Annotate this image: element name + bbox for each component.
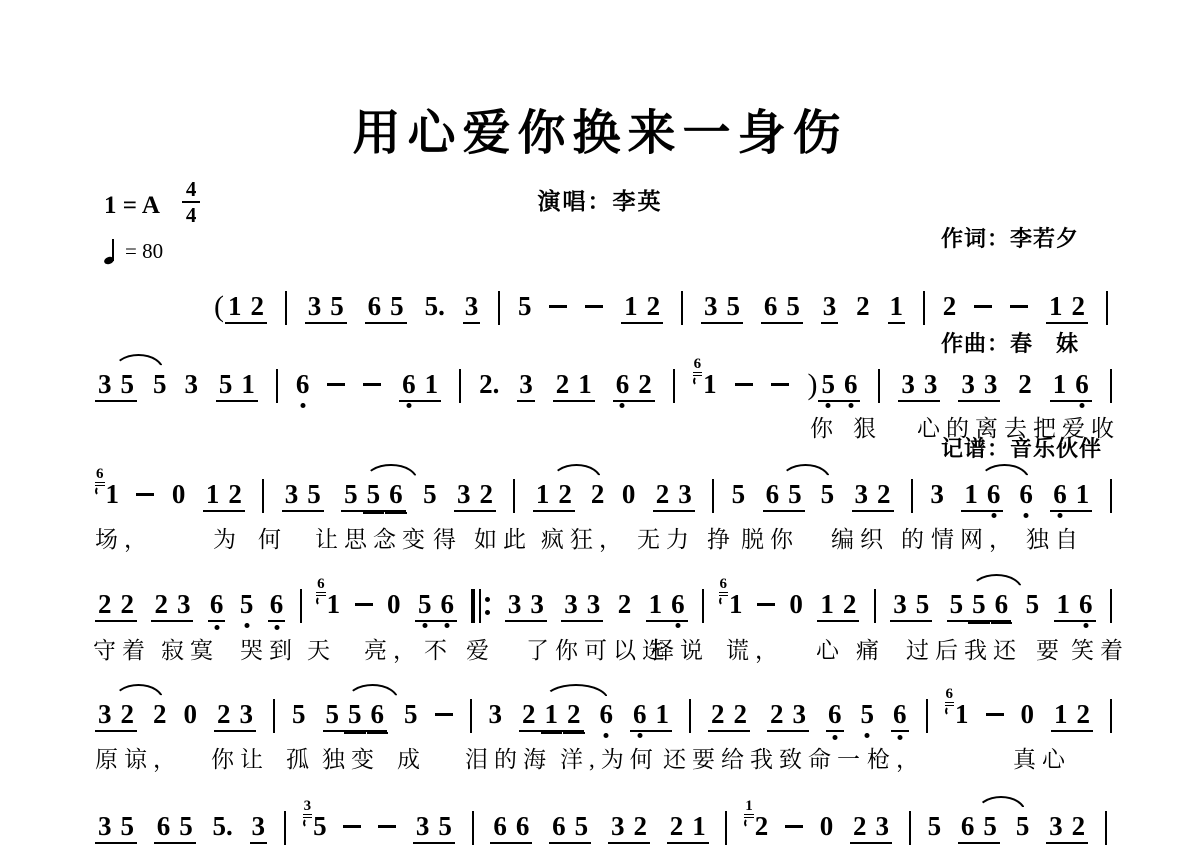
- note: 5.: [213, 812, 233, 840]
- beam-group: 65: [761, 292, 803, 324]
- beam-group: 35: [305, 292, 347, 324]
- grace-digit: 3: [303, 799, 313, 818]
- beam-group: 62: [613, 370, 655, 402]
- lyric-syllable: 何: [258, 521, 287, 554]
- barline: [923, 291, 925, 325]
- lyric-syllable: 泪的海: [465, 741, 552, 774]
- key-text: 1 = A: [104, 192, 160, 220]
- lyric-syllable: 心的离去把: [917, 410, 1062, 443]
- note: 2: [558, 480, 572, 508]
- note: 5: [1016, 812, 1030, 840]
- lyric-syllable: 为: [213, 521, 242, 554]
- lyric-syllable: 枪，: [867, 741, 925, 774]
- lyric-syllable: 你让: [211, 741, 269, 774]
- note: 1: [228, 292, 242, 320]
- lyric-syllable: 心: [816, 632, 845, 665]
- beam-group: 35: [95, 812, 137, 844]
- note: 3: [930, 480, 944, 508]
- beam-group: 66: [490, 812, 532, 844]
- beam-group: 23: [850, 812, 892, 844]
- note: 3: [961, 370, 975, 398]
- note: 6: [844, 370, 858, 398]
- beam-group: 65: [549, 812, 591, 844]
- duration-dash: [355, 603, 373, 606]
- beam-group: 33: [898, 370, 940, 402]
- beam-group: 16: [961, 480, 1003, 512]
- music-line: 322023555653212661222365661012: [95, 700, 1112, 733]
- tie-group: 322: [95, 700, 167, 732]
- note: 0: [622, 480, 636, 508]
- lyric-syllable: 情网，: [931, 521, 1018, 554]
- note: 3: [587, 590, 601, 618]
- note: 3: [564, 590, 578, 618]
- paren-note-group: (12: [213, 292, 267, 324]
- beam-group: 32: [608, 812, 650, 844]
- lyric-syllable: 还要给我致命一: [663, 741, 866, 774]
- note: 2: [153, 700, 167, 728]
- duration-dash: [327, 383, 345, 386]
- note: 5: [788, 480, 802, 508]
- note: 6: [440, 590, 454, 618]
- repeat-thin-bar: [479, 589, 481, 623]
- lyric-syllable: 独变: [322, 741, 380, 774]
- note: 3: [98, 700, 112, 728]
- lyric-syllable: 无力: [637, 521, 695, 554]
- note: 6: [633, 700, 647, 728]
- note: 3: [924, 370, 938, 398]
- beam-group: 35: [701, 292, 743, 324]
- note: 5: [292, 700, 306, 728]
- note: 2: [943, 292, 957, 320]
- note: 5: [438, 812, 452, 840]
- beam-group: 22: [95, 590, 137, 622]
- note: 5: [179, 812, 193, 840]
- beam-group: 23: [653, 480, 695, 512]
- note: 5: [367, 480, 381, 508]
- lyric-syllable: 成: [397, 741, 426, 774]
- duration-dash: [549, 305, 567, 308]
- note: 5: [575, 812, 589, 840]
- note: 2: [1071, 292, 1085, 320]
- barline: [878, 369, 880, 403]
- note: 5: [121, 370, 135, 398]
- parenthesis: (: [214, 292, 224, 322]
- beam-group: 65: [154, 812, 196, 844]
- note: 3: [1049, 812, 1063, 840]
- note: 1: [888, 292, 906, 324]
- beam-group: 32: [454, 480, 496, 512]
- note: 3: [285, 480, 299, 508]
- lyric-syllable: 场，: [95, 521, 153, 554]
- tie-group: 2126: [519, 700, 613, 732]
- note: 2: [251, 292, 265, 320]
- note: 3: [530, 590, 544, 618]
- beam-group: 16: [1054, 590, 1096, 622]
- key-signature: 1 = A 4 4: [104, 186, 200, 226]
- lyric-syllable: 独自: [1026, 521, 1084, 554]
- lyric-syllable: 真心: [1013, 741, 1071, 774]
- grace-digit: 6: [719, 577, 729, 596]
- lyric-syllable: 过后我还: [906, 632, 1022, 665]
- note: 2: [98, 590, 112, 618]
- beam-group: 556: [947, 590, 1012, 622]
- note: 2: [1077, 700, 1091, 728]
- lyric-syllable: 孤: [286, 741, 315, 774]
- beam-group: 12: [817, 590, 859, 622]
- note: 6: [766, 480, 780, 508]
- lyric-syllable: 原谅，: [95, 741, 182, 774]
- note: 6: [891, 700, 909, 732]
- barline: [273, 699, 275, 733]
- beam-group: 61: [1050, 480, 1092, 512]
- repeat-dot: [485, 610, 490, 615]
- barline: [681, 291, 683, 325]
- note: 3: [98, 370, 112, 398]
- lyric-syllable: 你: [810, 410, 839, 443]
- note: 5: [418, 590, 432, 618]
- grace-slur-icon: [744, 818, 753, 828]
- note: 0: [1021, 700, 1035, 728]
- lyric-syllable: 谎，: [726, 632, 784, 665]
- note: 5: [861, 700, 875, 728]
- note: 6: [371, 700, 385, 728]
- note: 2: [228, 480, 242, 508]
- barline: [1110, 589, 1112, 623]
- note: 3: [240, 700, 254, 728]
- grace-note-group: 61: [693, 370, 717, 399]
- duration-dash: [363, 383, 381, 386]
- note: 5.: [425, 292, 445, 320]
- note: 5: [983, 812, 997, 840]
- tempo-marking: = 80: [104, 237, 163, 264]
- note: 2: [121, 590, 135, 618]
- lyric-syllable: 狠: [853, 410, 882, 443]
- barline: [1110, 369, 1112, 403]
- barline: [285, 291, 287, 325]
- note: 5: [219, 370, 233, 398]
- note: 1: [536, 480, 550, 508]
- note: 0: [820, 812, 834, 840]
- note: 3: [793, 700, 807, 728]
- lyric-syllable: 要: [1036, 632, 1065, 665]
- beam-group: 33: [958, 370, 1000, 402]
- note: 6: [600, 700, 614, 728]
- lyric-syllable: 爱: [466, 632, 495, 665]
- lyric-syllable: 的: [901, 521, 930, 554]
- duration-dash: [1010, 305, 1028, 308]
- duration-dash: [785, 825, 803, 828]
- beam-group: 33: [561, 590, 603, 622]
- repeat-dot: [485, 597, 490, 602]
- barline: [926, 699, 928, 733]
- note: 5: [240, 590, 254, 618]
- grace-digit: 6: [693, 357, 703, 376]
- note: 5: [344, 480, 358, 508]
- note: 3: [416, 812, 430, 840]
- beam-group: 35: [890, 590, 932, 622]
- grace-digit: 6: [316, 577, 326, 596]
- beam-group: 35: [95, 370, 137, 402]
- tempo-value: = 80: [125, 239, 163, 264]
- quarter-note-icon: [104, 237, 118, 264]
- note: 3: [893, 590, 907, 618]
- lyric-syllable: 洋,为何: [560, 741, 659, 774]
- grace-note: 6: [945, 687, 955, 716]
- repeat-start-barline: [471, 589, 490, 623]
- duration-dash: [771, 383, 789, 386]
- lyric-syllable: 让思念变: [315, 521, 431, 554]
- note: 3: [177, 590, 191, 618]
- note: 3: [704, 292, 718, 320]
- repeat-thick-bar: [471, 589, 475, 623]
- note: 1: [729, 590, 743, 618]
- tie-group: 655: [958, 812, 1030, 844]
- note: 2: [638, 370, 652, 398]
- note: 1: [1053, 370, 1067, 398]
- music-line: 22236566105633332166101235556516: [95, 590, 1112, 623]
- note: 6: [995, 590, 1009, 618]
- note: 2: [154, 590, 168, 618]
- note: 1: [578, 370, 592, 398]
- lyric-syllable: 编织: [831, 521, 889, 554]
- barline: [1110, 479, 1112, 513]
- lyric-syllable: 笑着: [1071, 632, 1129, 665]
- beam-group: 65: [365, 292, 407, 324]
- grace-slur-icon: [693, 376, 702, 386]
- tie-group: 166: [961, 480, 1033, 512]
- note: 1: [964, 480, 978, 508]
- note: 2: [853, 812, 867, 840]
- duration-dash: [136, 493, 154, 496]
- note: 5: [972, 590, 986, 618]
- lyric-syllable: 不: [424, 632, 453, 665]
- beam-group: 56: [818, 370, 860, 402]
- grace-slur-icon: [719, 596, 728, 606]
- note: 2: [656, 480, 670, 508]
- music-line: 3553516612.3216261)563333216: [95, 370, 1112, 403]
- note: 6: [493, 812, 507, 840]
- note: 3: [821, 292, 839, 324]
- note: 3: [678, 480, 692, 508]
- note: 2: [1018, 370, 1032, 398]
- note: 3: [855, 480, 869, 508]
- lyric-syllable: 挣: [707, 521, 736, 554]
- note: 3: [463, 292, 481, 324]
- grace-note-group: 35: [303, 812, 327, 841]
- note: 1: [425, 370, 439, 398]
- note: 5: [821, 480, 835, 508]
- note: 1: [820, 590, 834, 618]
- note: 1: [1057, 590, 1071, 618]
- note: 1: [106, 480, 120, 508]
- note: 1: [1054, 700, 1068, 728]
- note: 3: [457, 480, 471, 508]
- grace-slur-icon: [95, 486, 104, 496]
- barline: [300, 589, 302, 623]
- note: 6: [616, 370, 630, 398]
- barline: [702, 589, 704, 623]
- note: 5: [390, 292, 404, 320]
- beam-group: 33: [505, 590, 547, 622]
- beam-group: 35: [282, 480, 324, 512]
- note: 6: [402, 370, 416, 398]
- duration-dash: [435, 713, 453, 716]
- lyric-syllable: 疯狂，: [541, 521, 628, 554]
- note: 5: [518, 292, 532, 320]
- music-line: 6101235556532122023565532316661: [95, 480, 1112, 513]
- note: 5: [950, 590, 964, 618]
- lyric-syllable: 择说: [651, 632, 709, 665]
- note: 2: [591, 480, 605, 508]
- note: 5: [726, 292, 740, 320]
- note: 0: [172, 480, 186, 508]
- note: 2.: [479, 370, 499, 398]
- beam-group: 56: [415, 590, 457, 622]
- composer-credit: 作曲：春 妹: [941, 326, 1102, 361]
- note: 6: [1075, 370, 1089, 398]
- beam-group: 23: [767, 700, 809, 732]
- grace-note-group: 61: [95, 480, 119, 509]
- note: 3: [98, 812, 112, 840]
- note: 5: [307, 480, 321, 508]
- tie-group: 655: [763, 480, 835, 512]
- note: 2: [1072, 812, 1086, 840]
- note: 5: [348, 700, 362, 728]
- note: 6: [516, 812, 530, 840]
- lyric-syllable: 脱你: [741, 521, 799, 554]
- note: 5: [916, 590, 930, 618]
- note: 1: [1049, 292, 1063, 320]
- music-line: 35655.335356665322112023565532: [95, 812, 1107, 845]
- grace-slur-icon: [945, 706, 954, 716]
- grace-digit: 6: [945, 687, 955, 706]
- note: 2: [670, 812, 684, 840]
- note: 3: [611, 812, 625, 840]
- note: 6: [157, 812, 171, 840]
- time-signature-numerator: 4: [182, 178, 201, 203]
- note: 0: [387, 590, 401, 618]
- time-signature-denominator: 4: [186, 203, 197, 226]
- note: 2: [877, 480, 891, 508]
- beam-group: 32: [1046, 812, 1088, 844]
- note: 1: [545, 700, 559, 728]
- barline: [911, 479, 913, 513]
- note: 2: [647, 292, 661, 320]
- note: 1: [206, 480, 220, 508]
- note: 5: [732, 480, 746, 508]
- lyric-syllable: 了你可以选: [526, 632, 671, 665]
- beam-group: 61: [630, 700, 672, 732]
- barline: [513, 479, 515, 513]
- note: 1: [1076, 480, 1090, 508]
- note: 2: [480, 480, 494, 508]
- barline: [725, 811, 727, 845]
- lyrics-row: 场，为何让思念变得如此疯狂，无力挣脱你编织的情网，独自: [0, 521, 1200, 551]
- grace-note: 6: [693, 357, 703, 386]
- note: 1: [624, 292, 638, 320]
- note: 2: [522, 700, 536, 728]
- lyric-syllable: 亮，: [364, 632, 422, 665]
- beam-group: 212: [519, 700, 584, 732]
- beam-group: 35: [413, 812, 455, 844]
- note: 2: [618, 590, 632, 618]
- note: 6: [961, 812, 975, 840]
- lyricist-credit: 作词：李若夕: [941, 221, 1102, 256]
- note: 2: [633, 812, 647, 840]
- duration-dash: [757, 603, 775, 606]
- duration-dash: [986, 713, 1004, 716]
- note: 2: [567, 700, 581, 728]
- note: 6: [764, 292, 778, 320]
- grace-note: 1: [744, 799, 754, 828]
- note: 0: [184, 700, 198, 728]
- grace-digit: 6: [95, 467, 105, 486]
- grace-note: 6: [719, 577, 729, 606]
- note: 3: [876, 812, 890, 840]
- beam-group: 32: [95, 700, 137, 732]
- beam-group: 556: [341, 480, 406, 512]
- note: 6: [208, 590, 226, 622]
- grace-digit: 1: [744, 799, 754, 818]
- tie-group: 122: [533, 480, 605, 512]
- beam-group: 32: [852, 480, 894, 512]
- note: 6: [268, 590, 286, 622]
- beam-group: 21: [667, 812, 709, 844]
- note: 6: [552, 812, 566, 840]
- grace-note: 3: [303, 799, 313, 828]
- note: 2: [217, 700, 231, 728]
- note: 6: [987, 480, 1001, 508]
- note: 1: [955, 700, 969, 728]
- sheet-music-page: 用心爱你换来一身伤 演唱：李英 作词：李若夕 作曲：春 妹 记谱：音乐伙伴 1 …: [0, 0, 1200, 850]
- barline: [470, 699, 472, 733]
- note: 1: [327, 590, 341, 618]
- paren-note-group: )56: [806, 370, 860, 402]
- note: 2: [711, 700, 725, 728]
- barline: [712, 479, 714, 513]
- duration-dash: [735, 383, 753, 386]
- note: 5: [786, 292, 800, 320]
- note: 5: [326, 700, 340, 728]
- lyric-syllable: 天: [307, 632, 336, 665]
- beam-group: 12: [225, 292, 267, 324]
- beam-group: 23: [214, 700, 256, 732]
- grace-note: 6: [316, 577, 326, 606]
- note: 1: [656, 700, 670, 728]
- note: 6: [1019, 480, 1033, 508]
- note: 2: [556, 370, 570, 398]
- beam-group: 16: [646, 590, 688, 622]
- beam-group: 16: [1050, 370, 1092, 402]
- note: 1: [703, 370, 717, 398]
- note: 2: [121, 700, 135, 728]
- beam-group: 21: [553, 370, 595, 402]
- beam-group: 65: [958, 812, 1000, 844]
- note: 3: [508, 590, 522, 618]
- note: 5: [1026, 590, 1040, 618]
- note: 3: [308, 292, 322, 320]
- beam-group: 12: [533, 480, 575, 512]
- beam-group: 22: [708, 700, 750, 732]
- lyric-syllable: 哭到: [240, 632, 298, 665]
- beam-group: 556: [323, 700, 388, 732]
- barline: [1106, 291, 1108, 325]
- barline: [673, 369, 675, 403]
- note: 6: [1079, 590, 1093, 618]
- note: 5: [404, 700, 418, 728]
- note: 1: [649, 590, 663, 618]
- barline: [276, 369, 278, 403]
